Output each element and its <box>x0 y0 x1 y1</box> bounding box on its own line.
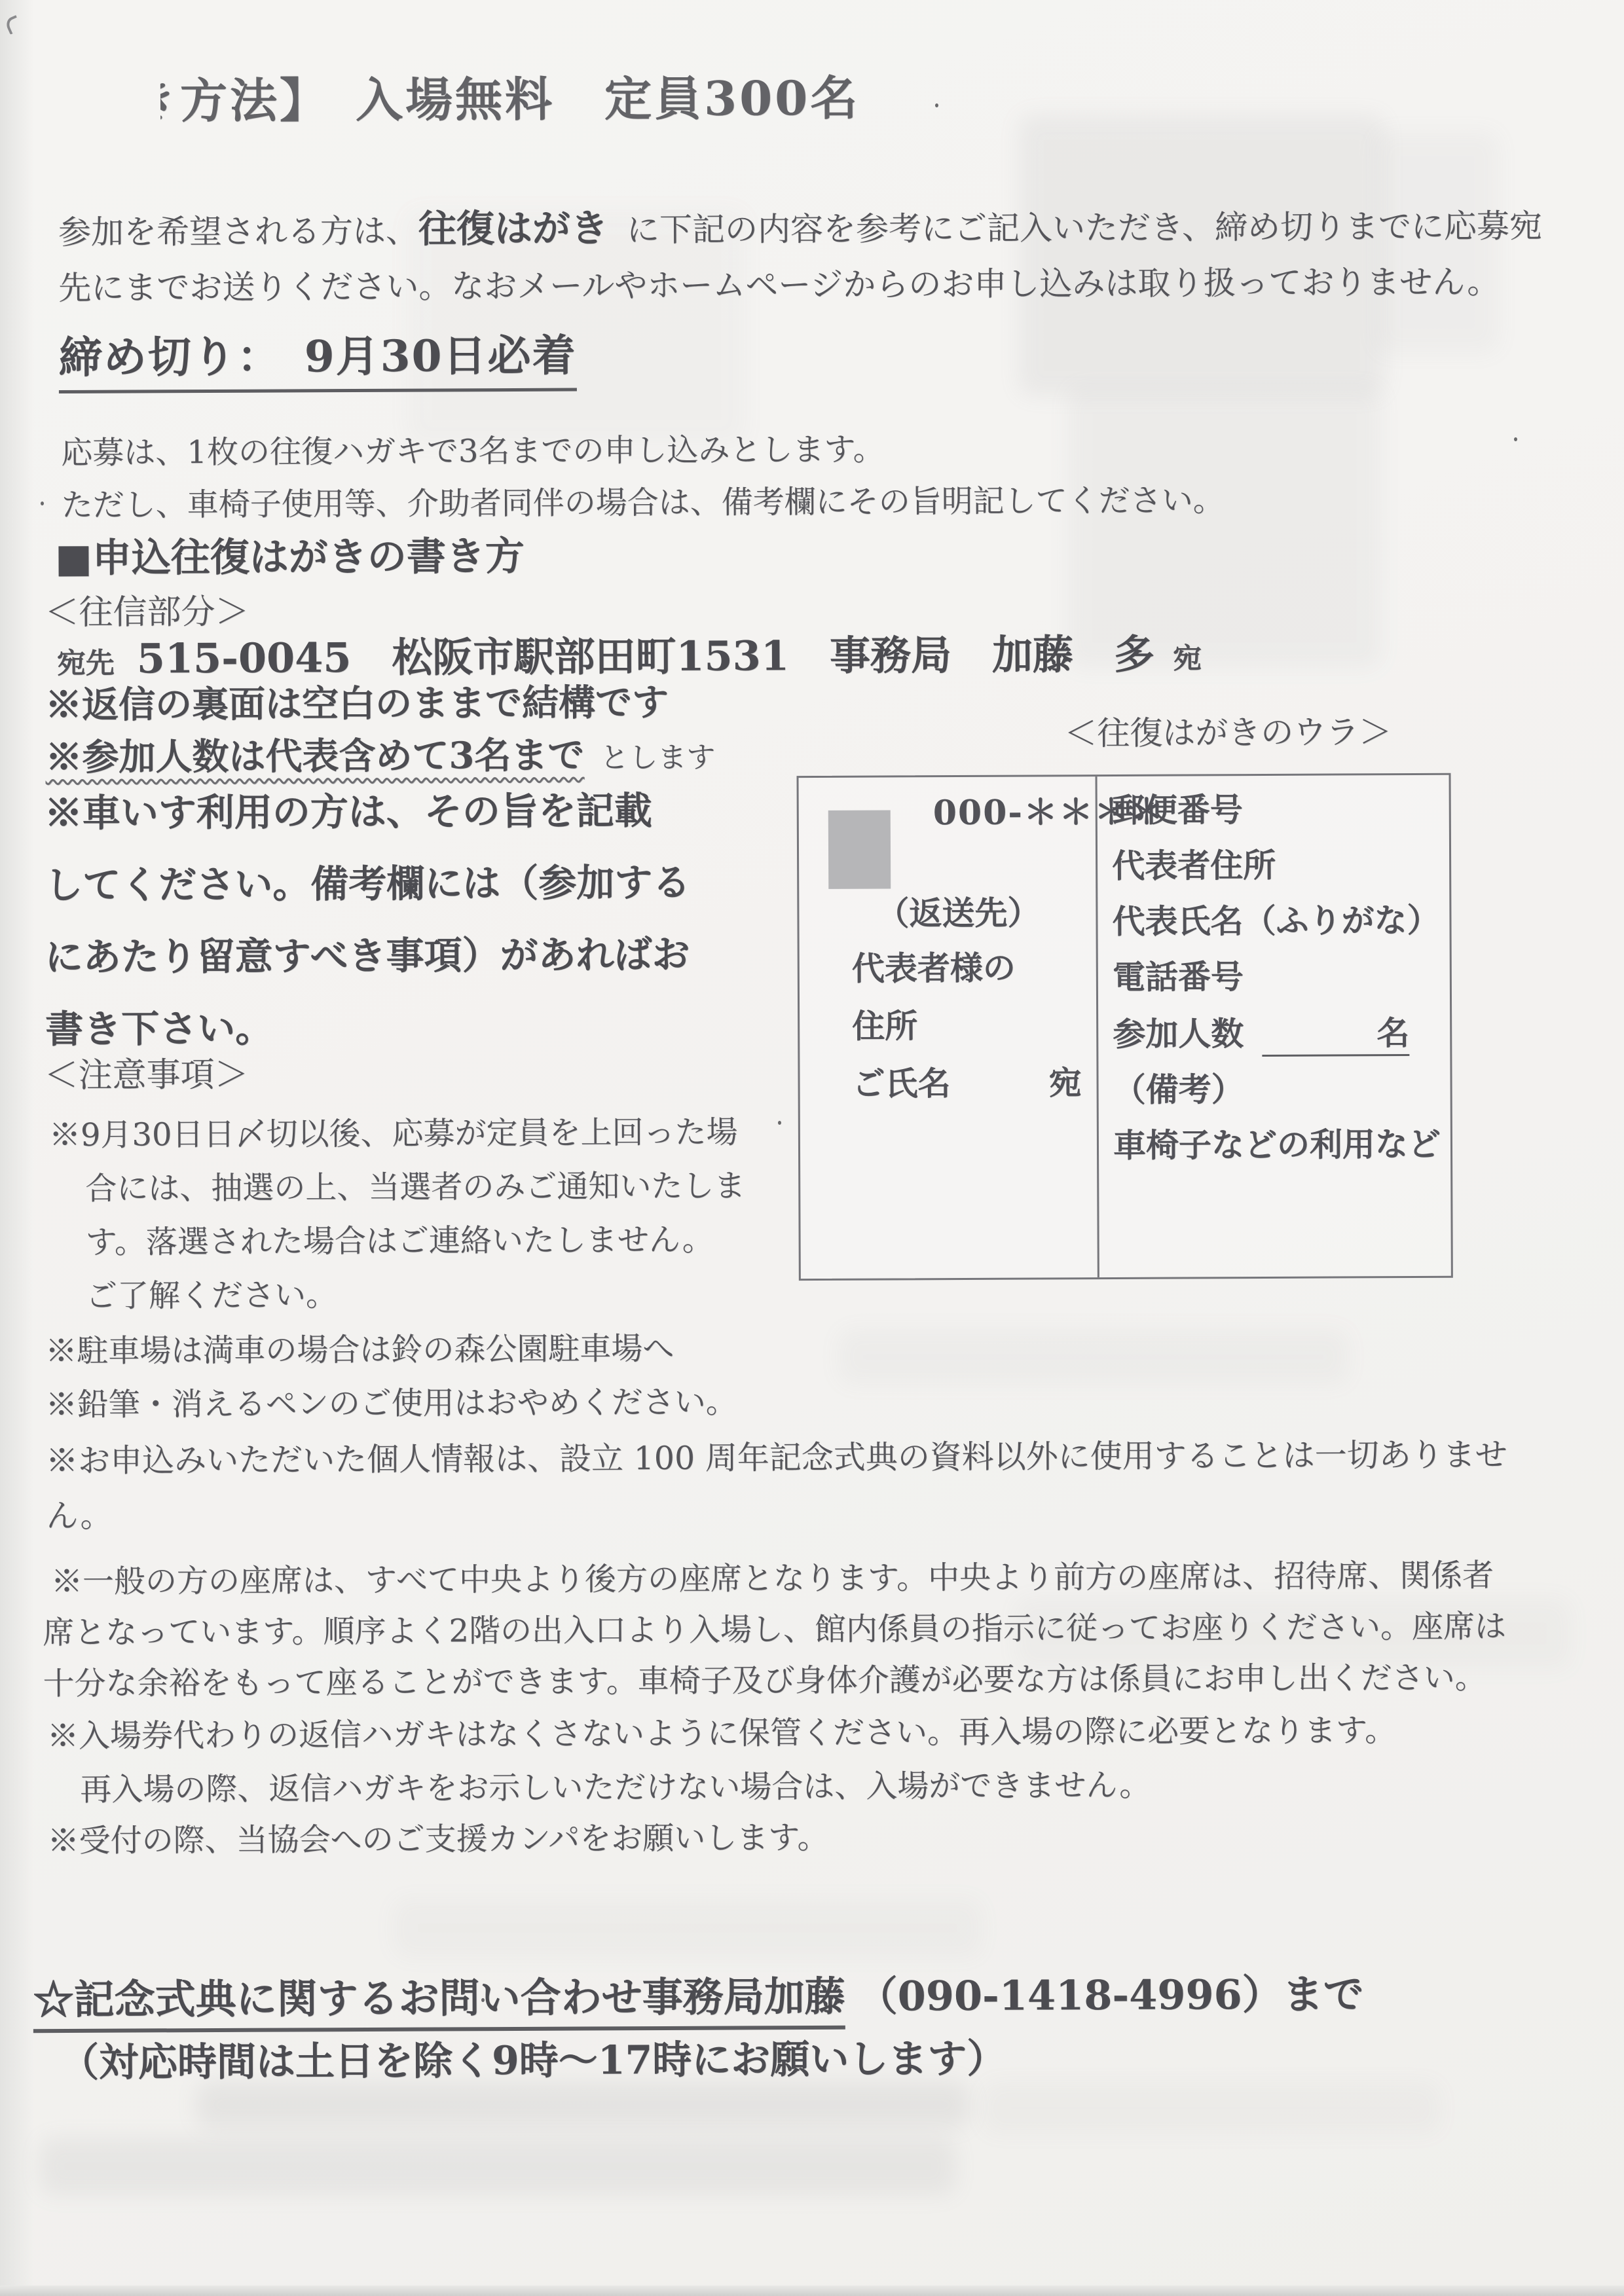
contact-underlined: ☆記念式典に関するお問い合わせ事務局加藤 <box>33 1973 845 2033</box>
deadline-line: 締め切り： 9月30日必着 <box>58 321 576 393</box>
contact-phone: （090-1418-4996）まで <box>857 1970 1364 2020</box>
note-blank-back: ※返信の裏面は空白のままで結構です <box>45 674 669 729</box>
intro-seg1: 参加を希望される方は、 <box>58 212 418 251</box>
lottery-line-2: 合には、抽選の上、当選者のみご通知いたしま <box>85 1160 745 1208</box>
participants-label: 参加人数 <box>1113 1014 1244 1053</box>
participants-blank-line: 名 <box>1262 1007 1409 1057</box>
addressee-suffix: 宛 <box>1173 642 1202 675</box>
postcard-field-phone: 電話番号 <box>1113 951 1244 998</box>
postcard-field-postal: 郵便番号 <box>1112 784 1243 831</box>
addressee-prefix: 宛先 <box>57 647 115 680</box>
lottery-line-3: す。落選された場合はご連絡いたしません。 <box>85 1214 713 1262</box>
stamp-placeholder <box>828 810 891 888</box>
reentry-line-1: ※入場券代わりの返信ハガキはなくさないように保管ください。再入場の際に必要となり… <box>47 1705 1396 1756</box>
postcard-return-to: （返送先） <box>876 886 1040 934</box>
privacy-line-2: ん。 <box>46 1491 112 1537</box>
postcard-field-participants: 参加人数名 <box>1113 1007 1409 1057</box>
document-content: き方法】 入場無料 定員300名 参加を希望される方は、往復はがきに下記の内容を… <box>0 0 1624 2296</box>
postcard-left-line-1: 代表者様の <box>852 942 1016 990</box>
seating-line-2: 席となっています。順序よく2階の出入口より入場し、館内係員の指示に従ってお座りく… <box>43 1601 1506 1652</box>
postcard-field-remarks: （備考） <box>1113 1063 1244 1111</box>
pen-note: ※鉛筆・消えるペンのご使用はおやめください。 <box>46 1377 737 1425</box>
participants-unit: 名 <box>1376 1013 1409 1052</box>
seating-line-3: 十分な余裕をもって座ることができます。車椅子及び身体介護が必要な方は係員にお申し… <box>43 1652 1486 1704</box>
lottery-line-4: ご了解ください。 <box>86 1269 337 1316</box>
cautions-heading: ＜注意事項＞ <box>44 1047 248 1097</box>
howto-heading: ■申込往復はがきの書き方 <box>55 525 525 583</box>
postcard-left-line-2: 住所 <box>852 1000 917 1047</box>
postcard-field-wheelchair: 車椅子などの利用など <box>1113 1118 1441 1167</box>
postcard-left-line-3: ご氏名 宛 <box>852 1057 1081 1105</box>
lottery-line-1: ※9月30日日〆切以後、応募が定員を上回った場 <box>49 1106 738 1155</box>
intro-line-1: 参加を希望される方は、往復はがきに下記の内容を参考にご記入いただき、締め切りまで… <box>58 193 1542 255</box>
note-max3-tail: とします <box>600 741 715 775</box>
reentry-line-2: 再入場の際、返信ハガキをお示しいただけない場合は、入場ができません。 <box>80 1760 1151 1810</box>
apply-rule-2: ただし、車椅子使用等、介助者同伴の場合は、備考欄にその旨明記してください。 <box>62 475 1225 525</box>
intro-seg3: に下記の内容を参考にご記入いただき、締め切りまでに応募宛 <box>627 207 1542 249</box>
postcard-field-address: 代表者住所 <box>1112 839 1276 887</box>
postcard-back-label: ＜往復はがきのウラ＞ <box>1064 706 1392 754</box>
apply-rule-1: 応募は、1枚の往復ハガキで3名までの申し込みとします。 <box>61 424 885 473</box>
title-partial-char: き <box>160 63 180 131</box>
note-max3-emphasis: ※参加人数は代表含めて3名まで <box>45 734 584 780</box>
page-title: き方法】 入場無料 定員300名 <box>160 60 860 132</box>
seating-line-1: ※一般の方の座席は、すべて中央より後方の座席となります。中央より前方の座席は、招… <box>51 1550 1494 1601</box>
wheelchair-note-line-3: にあたり留意すべき事項）があればお <box>45 924 690 981</box>
reentry-line-3: ※受付の際、当協会へのご支援カンパをお願いします。 <box>47 1812 828 1861</box>
contact-line-2: （対応時間は土日を除く9時〜17時にお願いします） <box>60 2028 1006 2088</box>
wheelchair-note-line-1: ※車いす利用の方は、その旨を記載 <box>45 780 652 837</box>
postcard-divider <box>1096 776 1099 1277</box>
wheelchair-note-line-4: 書き下さい。 <box>45 998 273 1054</box>
page-title-text: 方法】 入場無料 定員300名 <box>180 70 860 129</box>
intro-seg2-emphasis: 往復はがき <box>418 206 608 251</box>
privacy-line-1: ※お申込みいただいた個人情報は、設立 100 周年記念式典の資料以外に使用するこ… <box>46 1429 1507 1482</box>
intro-line-2: 先にまでお送りください。なおメールやホームページからのお申し込みは取り扱っており… <box>58 255 1500 309</box>
scanned-document-page: き方法】 入場無料 定員300名 参加を希望される方は、往復はがきに下記の内容を… <box>0 0 1624 2296</box>
note-max3: ※参加人数は代表含めて3名までとします <box>45 726 715 781</box>
postcard-field-name: 代表氏名（ふりがな） <box>1112 894 1439 943</box>
parking-note: ※駐車場は満車の場合は鈴の森公園駐車場へ <box>45 1323 674 1371</box>
contact-line-1: ☆記念式典に関するお問い合わせ事務局加藤（090-1418-4996）まで <box>33 1961 1363 2026</box>
postcard-diagram: 000-＊＊＊＊ （返送先） 代表者様の 住所 ご氏名 宛 郵便番号 代表者住所… <box>797 773 1453 1281</box>
wheelchair-note-line-2: してください。備考欄には（参加する <box>45 852 690 909</box>
